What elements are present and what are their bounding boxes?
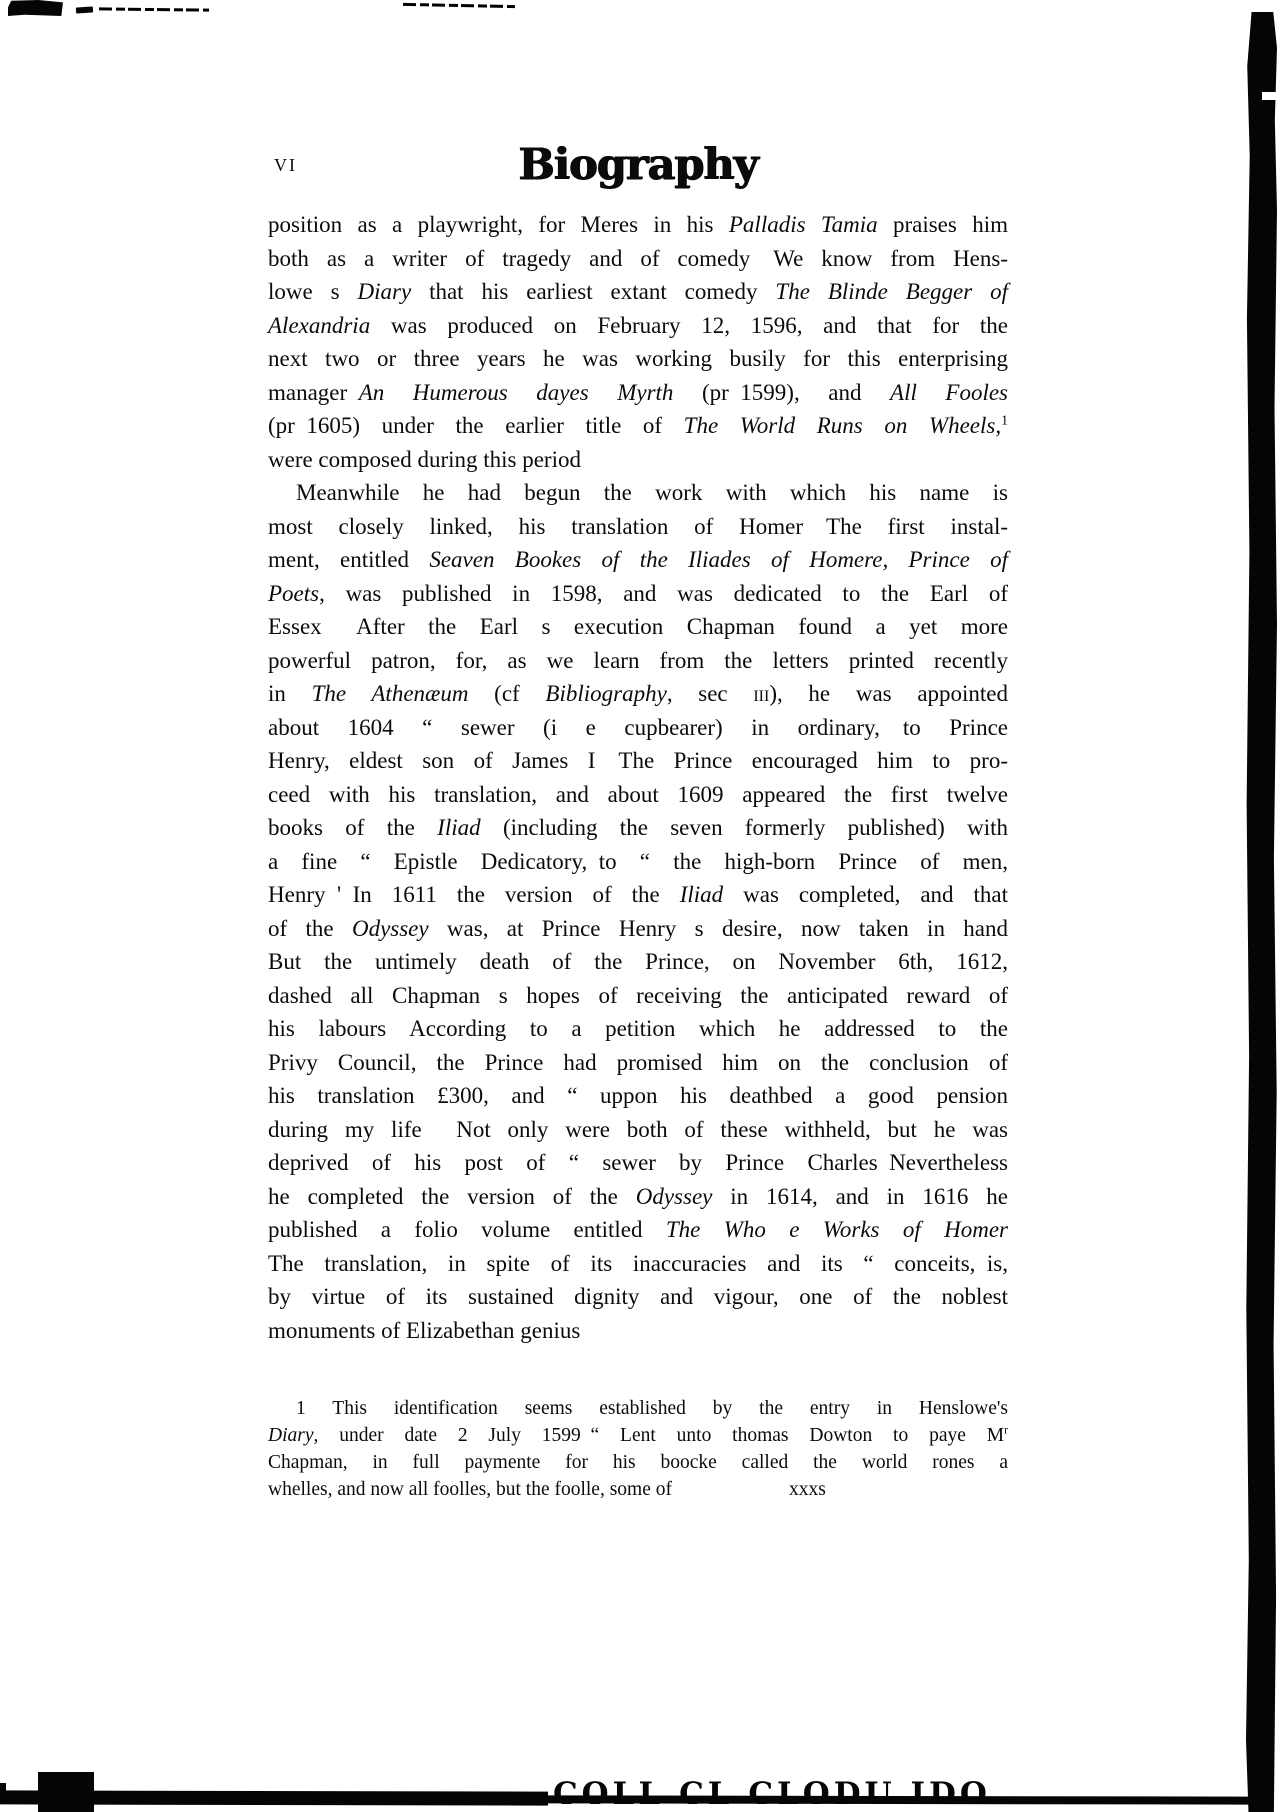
body-paragraph-2: Meanwhile he had begun the work with whi… xyxy=(268,476,1008,1347)
text-line: Chapman, in full paymente for his boocke… xyxy=(268,1449,1008,1476)
text-line: during my life Not only were both of the… xyxy=(268,1113,1008,1147)
page-content: vi Biography position as a playwright, f… xyxy=(268,140,1008,1503)
scan-artifact-right-band-notch xyxy=(1262,92,1278,100)
scan-artifact-top-dash xyxy=(76,6,93,13)
scan-artifact-scratch-line xyxy=(99,6,209,12)
text-line: Alexandria was produced on February 12, … xyxy=(268,309,1008,343)
text-line: The translation, in spite of its inaccur… xyxy=(268,1247,1008,1281)
text-line: Henry ' In 1611 the version of the Iliad… xyxy=(268,878,1008,912)
text-line: of the Odyssey was, at Prince Henry s de… xyxy=(268,912,1008,946)
text-line: about 1604 “ sewer (i e cupbearer) in or… xyxy=(268,711,1008,745)
text-line: dashed all Chapman s hopes of receiving … xyxy=(268,979,1008,1013)
text-line: Essex After the Earl s execution Chapman… xyxy=(268,610,1008,644)
text-line: powerful patron, for, as we learn from t… xyxy=(268,644,1008,678)
body-paragraph-1: position as a playwright, for Meres in h… xyxy=(268,208,1008,476)
scan-artifact-bottom-band xyxy=(0,1790,548,1805)
text-line: his translation £300, and “ uppon his de… xyxy=(268,1079,1008,1113)
text-line: a fine “ Epistle Dedicatory, to “ the hi… xyxy=(268,845,1008,879)
scanned-page: vi Biography position as a playwright, f… xyxy=(0,0,1287,1812)
page-header: vi Biography xyxy=(268,140,1008,188)
text-line: 1 This identification seems established … xyxy=(268,1395,1008,1422)
body-text: position as a playwright, for Meres in h… xyxy=(268,208,1008,1347)
text-line: manager An Humerous dayes Myrth (pr 1599… xyxy=(268,376,1008,410)
text-line: his labours According to a petition whic… xyxy=(268,1012,1008,1046)
scan-artifact-bottom-line xyxy=(540,1795,1252,1804)
text-line: ceed with his translation, and about 160… xyxy=(268,778,1008,812)
text-line: Meanwhile he had begun the work with whi… xyxy=(268,476,1008,510)
text-line: by virtue of its sustained dignity and v… xyxy=(268,1280,1008,1314)
scan-artifact-scratch-line xyxy=(403,2,515,9)
text-line: deprived of his post of “ sewer by Princ… xyxy=(268,1146,1008,1180)
text-line: lowe s Diary that his earliest extant co… xyxy=(268,275,1008,309)
text-line: in The Athenæum (cf Bibliography, sec ii… xyxy=(268,677,1008,711)
text-line: whelles, and now all foolles, but the fo… xyxy=(268,1476,1008,1503)
scan-artifact-top-left-blob xyxy=(8,0,63,16)
text-line: Privy Council, the Prince had promised h… xyxy=(268,1046,1008,1080)
text-line: next two or three years he was working b… xyxy=(268,342,1008,376)
text-line: Henry, eldest son of James I The Prince … xyxy=(268,744,1008,778)
text-line: both as a writer of tragedy and of comed… xyxy=(268,242,1008,276)
text-line: published a folio volume entitled The Wh… xyxy=(268,1213,1008,1247)
text-line: Diary, under date 2 July 1599 “ Lent unt… xyxy=(268,1422,1008,1449)
text-line: But the untimely death of the Prince, on… xyxy=(268,945,1008,979)
text-line: most closely linked, his translation of … xyxy=(268,510,1008,544)
text-line: he completed the version of the Odyssey … xyxy=(268,1180,1008,1214)
text-line: position as a playwright, for Meres in h… xyxy=(268,208,1008,242)
scan-artifact-right-band xyxy=(1246,12,1277,1812)
text-line: monuments of Elizabethan genius xyxy=(268,1314,1008,1348)
text-line: were composed during this period xyxy=(268,443,1008,477)
text-line: ment, entitled Seaven Bookes of the Ilia… xyxy=(268,543,1008,577)
footnote: 1 This identification seems established … xyxy=(268,1395,1008,1503)
text-line: (pr 1605) under the earlier title of The… xyxy=(268,409,1008,443)
page-title: Biography xyxy=(268,140,1008,190)
text-line: books of the Iliad (including the seven … xyxy=(268,811,1008,845)
text-line: Poets, was published in 1598, and was de… xyxy=(268,577,1008,611)
